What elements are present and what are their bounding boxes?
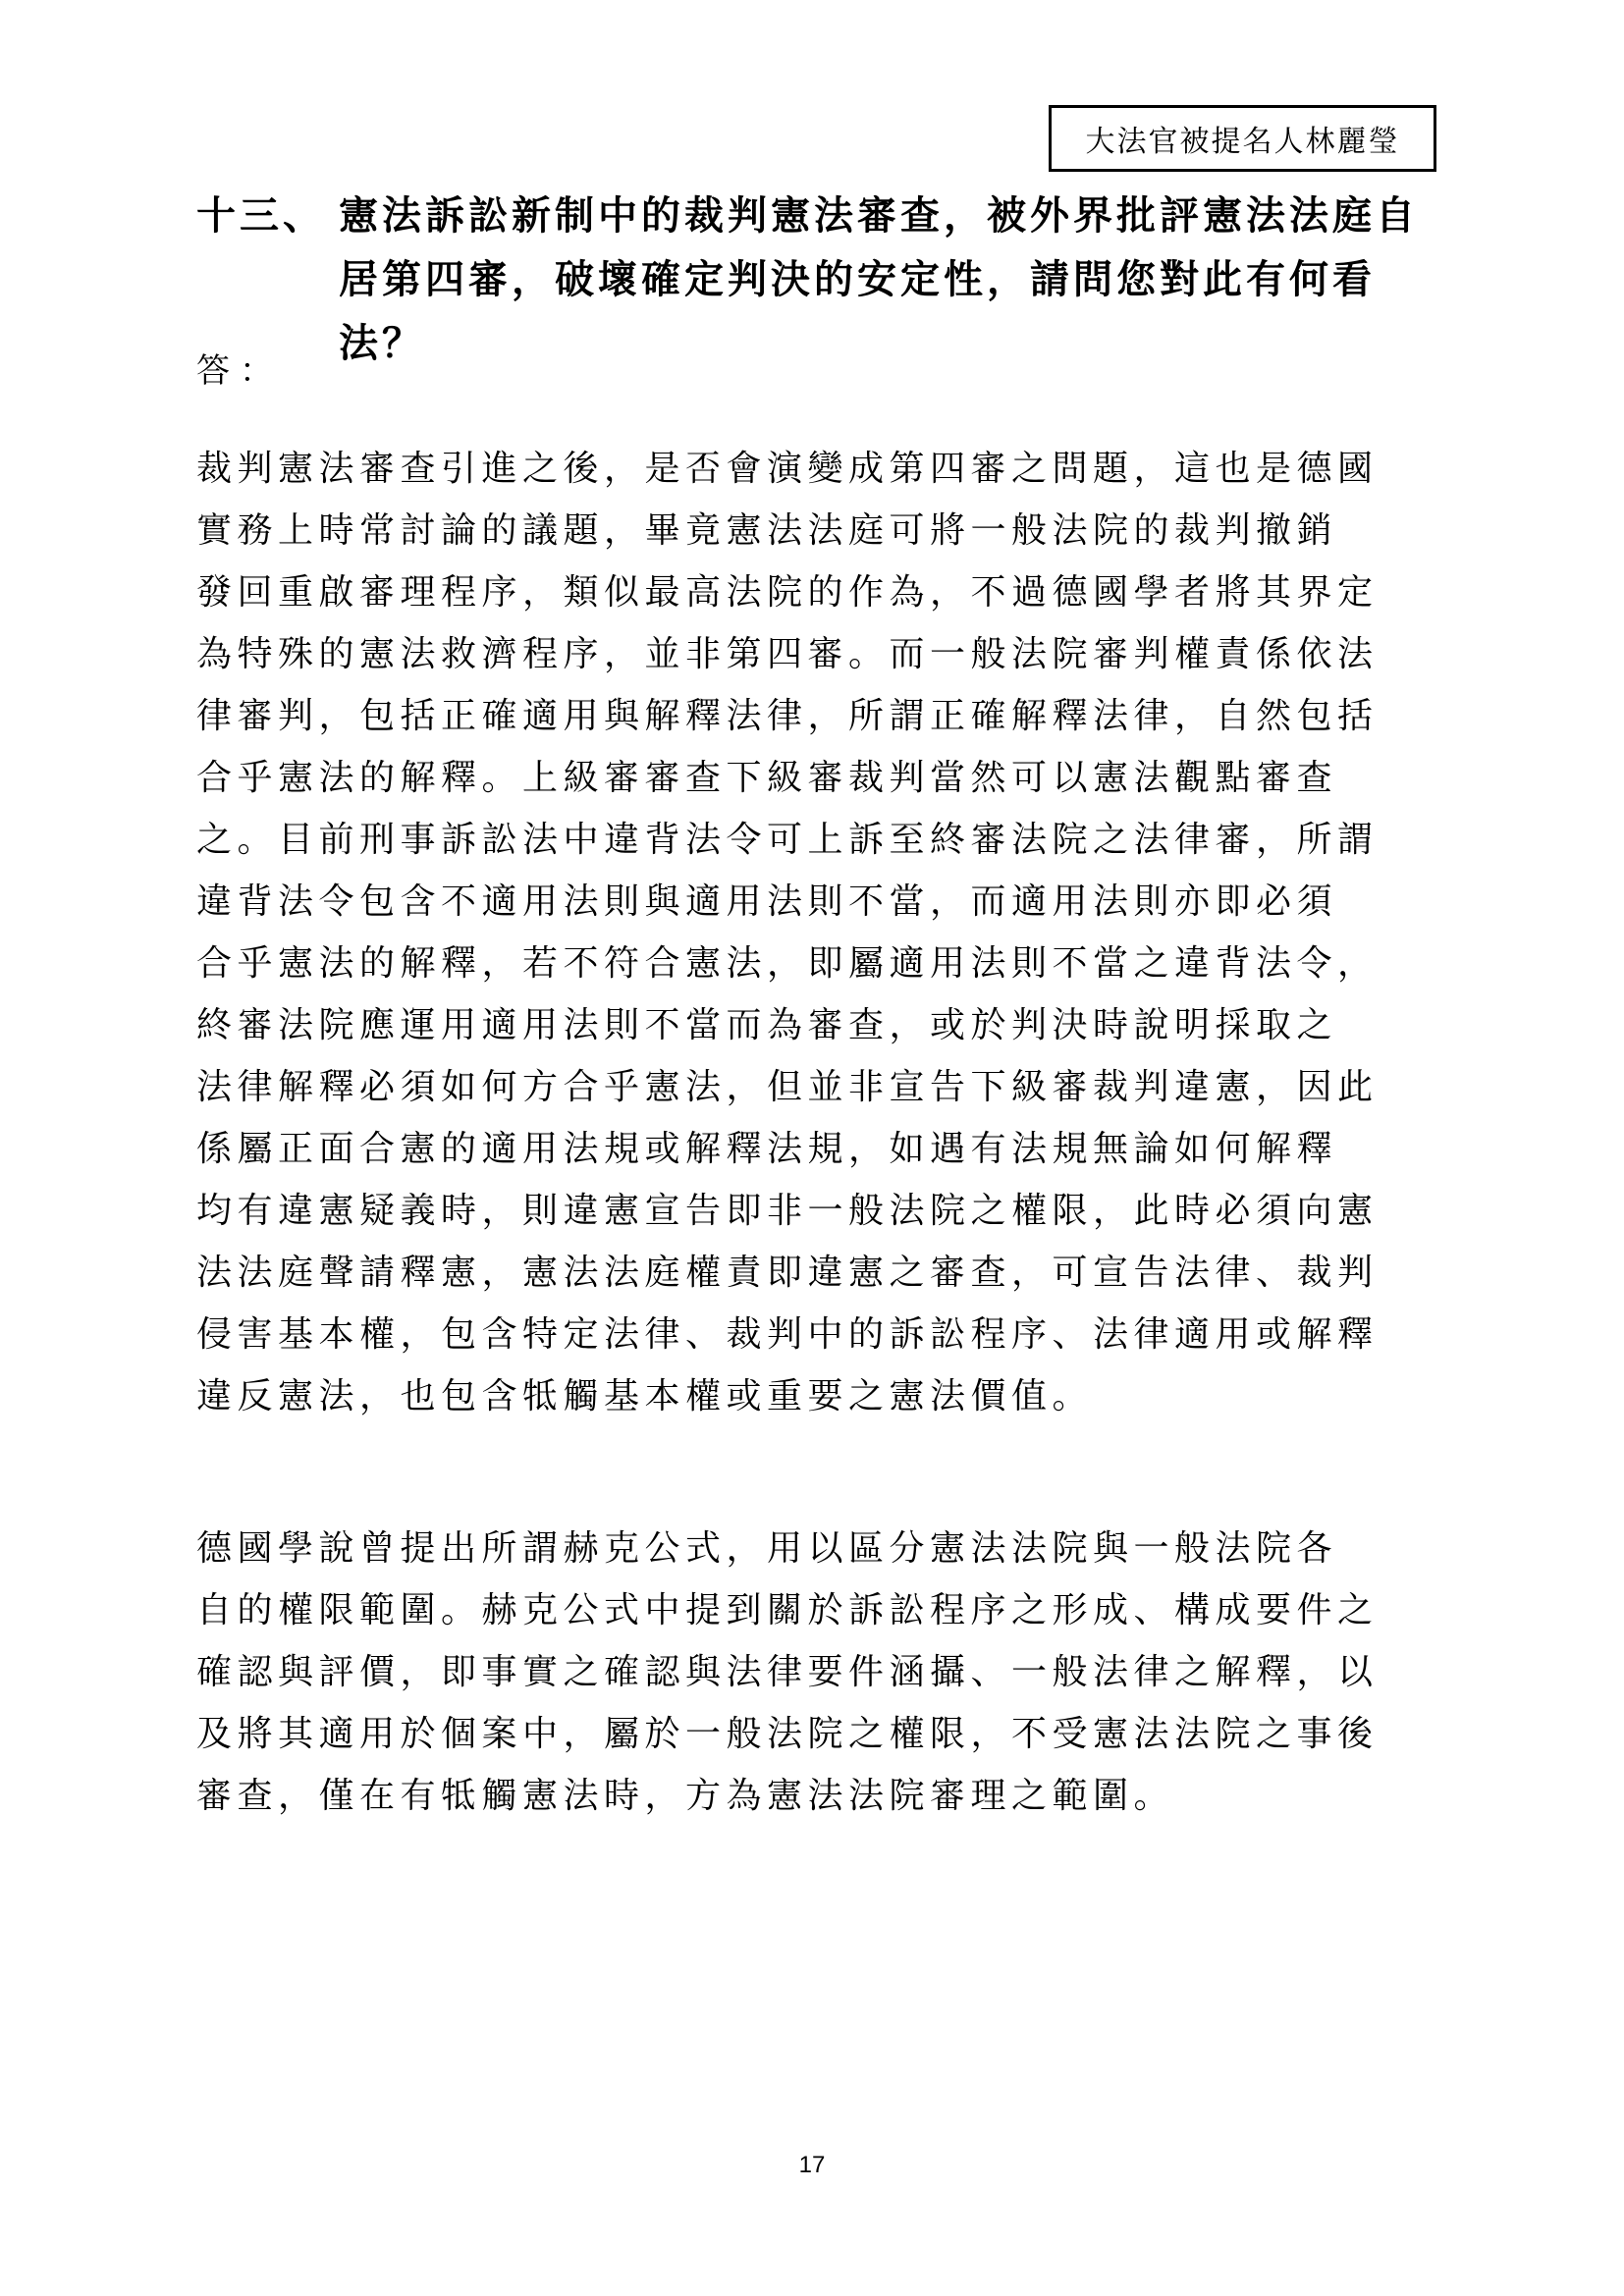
answer-paragraph-2: 德國學說曾提出所謂赫克公式，用以區分憲法法院與一般法院各 自的權限範圍。赫克公式…	[196, 1518, 1435, 1827]
text-line: 違反憲法，也包含牴觸基本權或重要之憲法價值。	[196, 1365, 1435, 1427]
nominee-label: 大法官被提名人林麗瑩	[1086, 117, 1400, 160]
nominee-header-box: 大法官被提名人林麗瑩	[1049, 105, 1436, 172]
text-line: 係屬正面合憲的適用法規或解釋法規，如遇有法規無論如何解釋	[196, 1118, 1435, 1180]
page-number: 17	[0, 2152, 1624, 2179]
text-line: 為特殊的憲法救濟程序，並非第四審。而一般法院審判權責係依法	[196, 623, 1435, 685]
text-line: 終審法院應運用適用法則不當而為審查，或於判決時說明採取之	[196, 994, 1435, 1056]
text-line: 確認與評價，即事實之確認與法律要件涵攝、一般法律之解釋，以	[196, 1641, 1435, 1703]
question-line-1: 憲法訴訟新制中的裁判憲法審查，被外界批評憲法法庭自	[339, 193, 1419, 239]
text-line: 律審判，包括正確適用與解釋法律，所謂正確解釋法律，自然包括	[196, 685, 1435, 747]
answer-paragraph-1: 裁判憲法審查引進之後，是否會演變成第四審之問題，這也是德國 實務上時常討論的議題…	[196, 438, 1435, 1427]
text-line: 侵害基本權，包含特定法律、裁判中的訴訟程序、法律適用或解釋	[196, 1304, 1435, 1365]
text-line: 之。目前刑事訴訟法中違背法令可上訴至終審法院之法律審，所謂	[196, 809, 1435, 871]
text-line: 合乎憲法的解釋。上級審審查下級審裁判當然可以憲法觀點審查	[196, 747, 1435, 809]
text-line: 審查，僅在有牴觸憲法時，方為憲法法院審理之範圍。	[196, 1765, 1435, 1827]
question-heading: 十三、憲法訴訟新制中的裁判憲法審查，被外界批評憲法法庭自 居第四審，破壞確定判決…	[196, 185, 1443, 376]
text-line: 及將其適用於個案中，屬於一般法院之權限，不受憲法法院之事後	[196, 1703, 1435, 1765]
text-line: 合乎憲法的解釋，若不符合憲法，即屬適用法則不當之違背法令，	[196, 933, 1435, 994]
text-line: 違背法令包含不適用法則與適用法則不當，而適用法則亦即必須	[196, 871, 1435, 933]
text-line: 自的權限範圍。赫克公式中提到關於訴訟程序之形成、構成要件之	[196, 1579, 1435, 1641]
text-line: 裁判憲法審查引進之後，是否會演變成第四審之問題，這也是德國	[196, 438, 1435, 500]
question-number: 十三、	[196, 185, 339, 248]
text-line: 實務上時常討論的議題，畢竟憲法法庭可將一般法院的裁判撤銷	[196, 500, 1435, 561]
text-line: 德國學說曾提出所謂赫克公式，用以區分憲法法院與一般法院各	[196, 1518, 1435, 1579]
answer-label: 答：	[196, 344, 283, 392]
text-line: 發回重啟審理程序，類似最高法院的作為，不過德國學者將其界定	[196, 561, 1435, 623]
text-line: 法法庭聲請釋憲，憲法法庭權責即違憲之審查，可宣告法律、裁判	[196, 1242, 1435, 1304]
text-line: 均有違憲疑義時，則違憲宣告即非一般法院之權限，此時必須向憲	[196, 1180, 1435, 1242]
text-line: 法律解釋必須如何方合乎憲法，但並非宣告下級審裁判違憲，因此	[196, 1056, 1435, 1118]
document-page: 大法官被提名人林麗瑩 十三、憲法訴訟新制中的裁判憲法審查，被外界批評憲法法庭自 …	[0, 0, 1624, 2296]
question-line-2: 居第四審，破壞確定判決的安定性，請問您對此有何看法？	[196, 248, 1443, 376]
